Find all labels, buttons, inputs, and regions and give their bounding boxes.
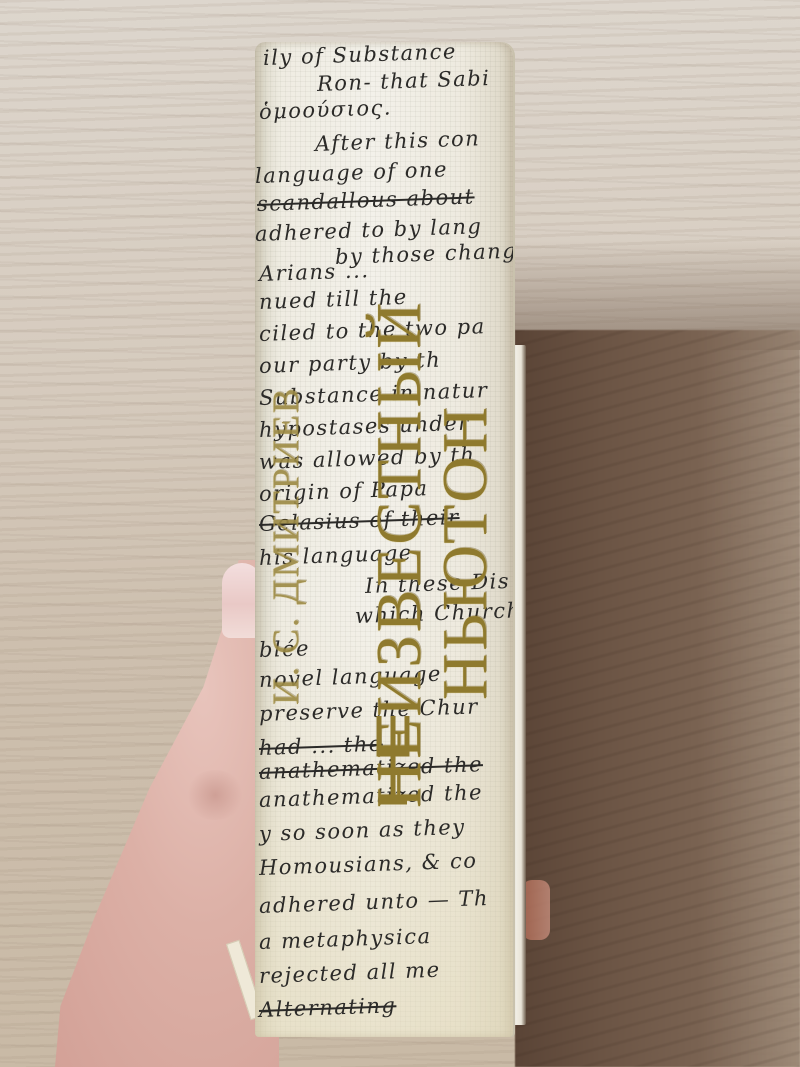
handwriting-line: Alternating (259, 993, 397, 1022)
author-name: И. С. ДМИТРИЕВ (265, 387, 308, 705)
knuckle (185, 770, 245, 820)
handwriting-line: After this con (315, 126, 481, 156)
handwriting-line: adhered unto — Th (259, 886, 490, 918)
book-title-line-2: НЬЮТОН (428, 404, 502, 700)
publisher-logo-icon (373, 712, 413, 808)
fingertip-right (522, 880, 550, 940)
handwriting-line: language of one (255, 157, 448, 188)
handwriting-line: y so soon as they (259, 815, 466, 846)
handwriting-line: rejected all me (259, 958, 441, 988)
handwriting-line: Homousians, & co (259, 848, 478, 880)
handwriting-line: ily of Substance (263, 42, 458, 70)
handwriting-line: Ron- that Sabi (317, 66, 491, 96)
handwriting-line: a metaphysica (259, 924, 432, 954)
book-shadow (515, 330, 800, 1067)
handwriting-line: Arians ... (259, 258, 370, 286)
handwriting-line: scandallous about (257, 184, 475, 216)
handwriting-line: ὁμοούσιος. (259, 95, 393, 124)
